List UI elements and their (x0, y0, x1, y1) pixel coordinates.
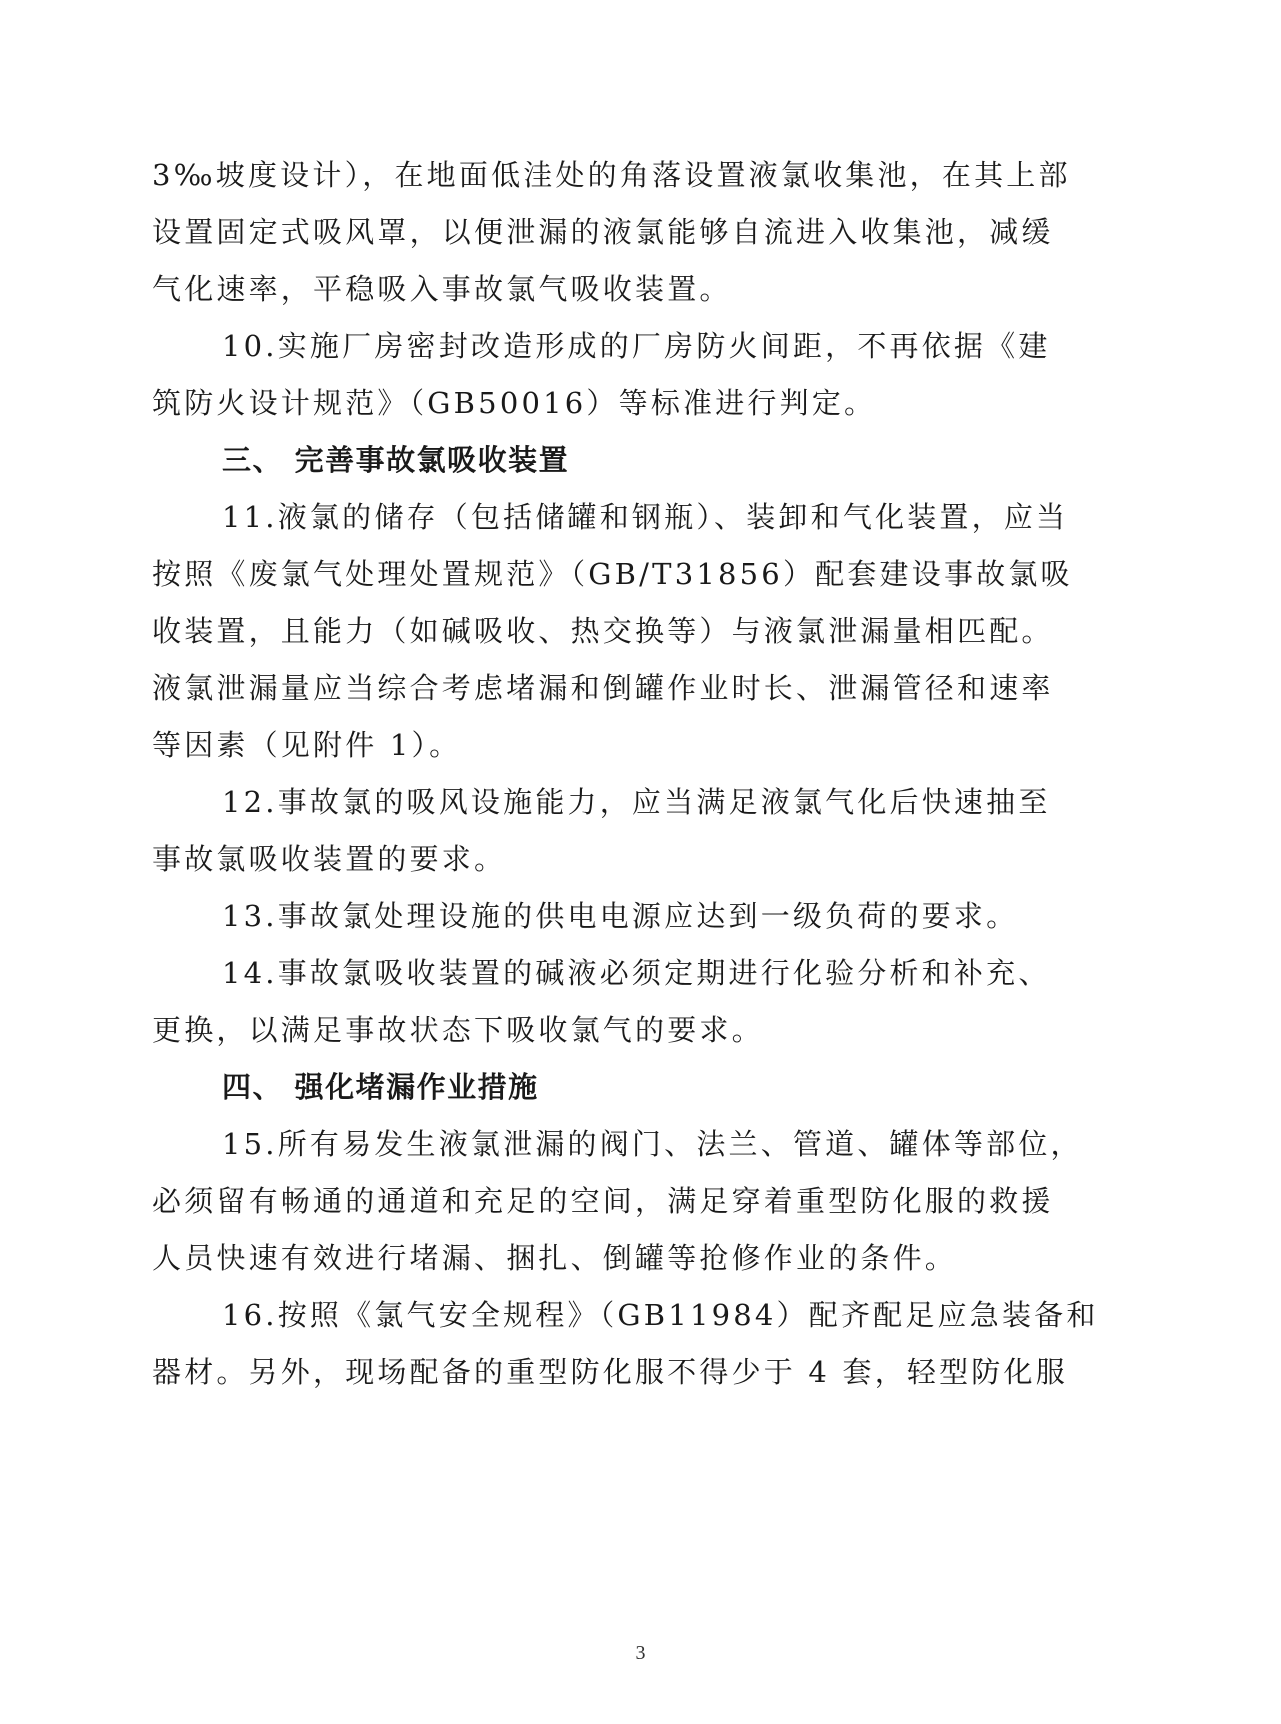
section-heading-4: 四、 强化堵漏作业措施 (222, 1067, 1132, 1107)
paragraph-11-line-5: 等因素（见附件 1）。 (152, 725, 1132, 765)
paragraph-9-line-2: 设置固定式吸风罩，以便泄漏的液氯能够自流进入收集池，减缓 (152, 212, 1132, 252)
section-heading-3: 三、 完善事故氯吸收装置 (222, 440, 1132, 480)
paragraph-13-line-1: 13.事故氯处理设施的供电电源应达到一级负荷的要求。 (222, 896, 1132, 936)
paragraph-15-line-1: 15.所有易发生液氯泄漏的阀门、法兰、管道、罐体等部位， (222, 1124, 1132, 1164)
paragraph-10-line-1: 10.实施厂房密封改造形成的厂房防火间距，不再依据《建 (222, 326, 1132, 366)
paragraph-14-line-2: 更换，以满足事故状态下吸收氯气的要求。 (152, 1010, 1132, 1050)
paragraph-11-line-1: 11.液氯的储存（包括储罐和钢瓶）、装卸和气化装置，应当 (222, 497, 1132, 537)
paragraph-11-line-4: 液氯泄漏量应当综合考虑堵漏和倒罐作业时长、泄漏管径和速率 (152, 668, 1132, 708)
paragraph-10-line-2: 筑防火设计规范》（GB50016）等标准进行判定。 (152, 383, 1132, 423)
document-page: 3‰坡度设计），在地面低洼处的角落设置液氯收集池，在其上部 设置固定式吸风罩，以… (0, 0, 1281, 1724)
paragraph-9-line-1: 3‰坡度设计），在地面低洼处的角落设置液氯收集池，在其上部 (152, 155, 1132, 195)
paragraph-12-line-2: 事故氯吸收装置的要求。 (152, 839, 1132, 879)
paragraph-11-line-2: 按照《废氯气处理处置规范》（GB/T31856）配套建设事故氯吸 (152, 554, 1132, 594)
page-number: 3 (0, 1642, 1281, 1665)
paragraph-11-line-3: 收装置，且能力（如碱吸收、热交换等）与液氯泄漏量相匹配。 (152, 611, 1132, 651)
paragraph-9-line-3: 气化速率，平稳吸入事故氯气吸收装置。 (152, 269, 1132, 309)
paragraph-12-line-1: 12.事故氯的吸风设施能力，应当满足液氯气化后快速抽至 (222, 782, 1132, 822)
paragraph-14-line-1: 14.事故氯吸收装置的碱液必须定期进行化验分析和补充、 (222, 953, 1132, 993)
paragraph-15-line-2: 必须留有畅通的通道和充足的空间，满足穿着重型防化服的救援 (152, 1181, 1132, 1221)
paragraph-16-line-1: 16.按照《氯气安全规程》（GB11984）配齐配足应急装备和 (222, 1295, 1132, 1335)
paragraph-15-line-3: 人员快速有效进行堵漏、捆扎、倒罐等抢修作业的条件。 (152, 1238, 1132, 1278)
paragraph-16-line-2: 器材。另外，现场配备的重型防化服不得少于 4 套，轻型防化服 (152, 1352, 1132, 1392)
